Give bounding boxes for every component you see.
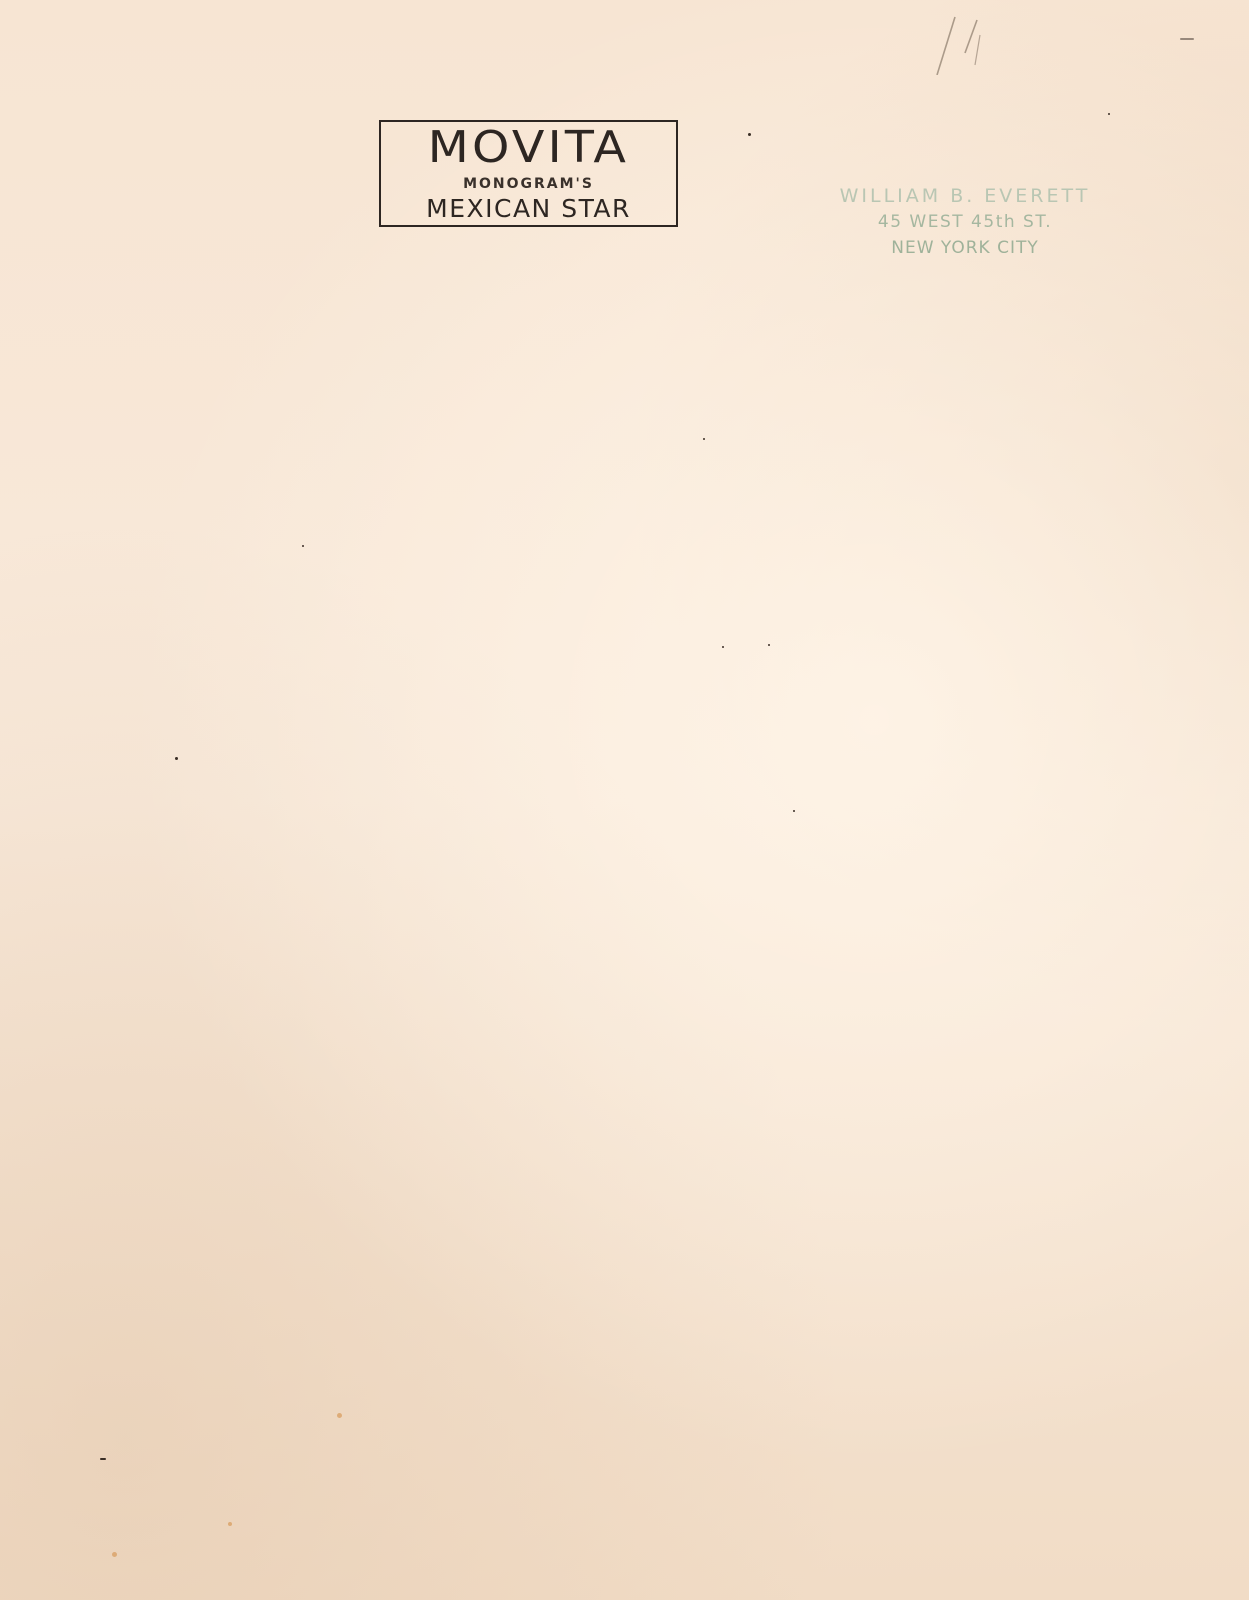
speck [793,810,795,812]
speck [768,644,770,646]
speck [722,646,724,648]
speck [1180,38,1194,40]
stamp-subtitle: MONOGRAM'S [381,176,676,192]
photographer-street: 45 WEST 45th ST. [805,209,1125,235]
speck [1108,113,1110,115]
photographer-stamp: WILLIAM B. EVERETT 45 WEST 45th ST. NEW … [805,183,1125,261]
photographer-name: WILLIAM B. EVERETT [805,183,1125,209]
stamp-title: MOVITA [369,124,688,172]
letterhead-page: MOVITA MONOGRAM'S MEXICAN STAR WILLIAM B… [0,0,1249,1600]
stain-spot [112,1552,117,1557]
speck [748,133,751,136]
stain-spot [337,1413,342,1418]
speck [302,545,304,547]
speck [100,1458,106,1460]
stamp-tagline: MEXICAN STAR [381,194,676,224]
stain-spot [228,1522,232,1526]
photographer-city: NEW YORK CITY [805,235,1125,261]
speck [175,757,178,760]
movita-stamp: MOVITA MONOGRAM'S MEXICAN STAR [379,120,678,227]
speck [703,438,705,440]
pencil-mark [935,5,995,75]
